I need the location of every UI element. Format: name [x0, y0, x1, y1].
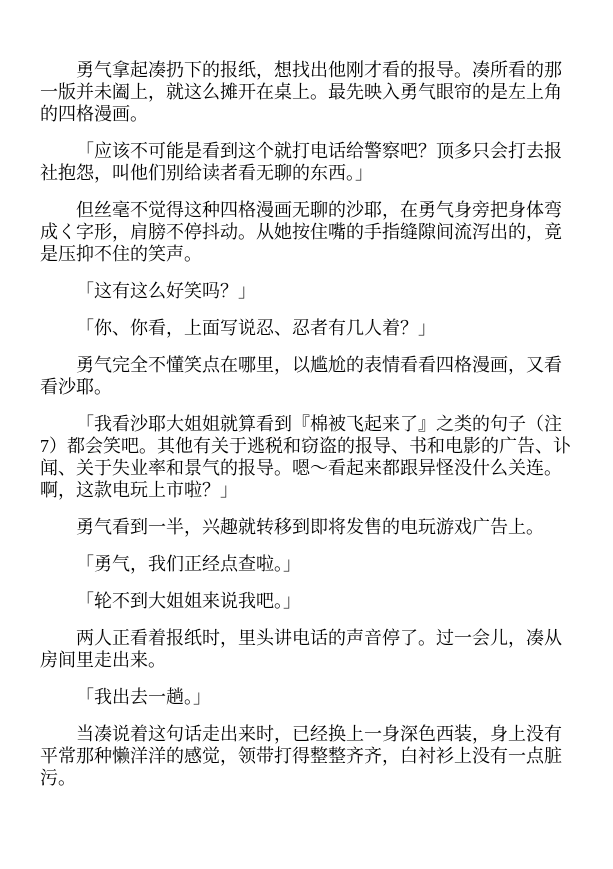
novel-page: 勇气拿起凑扔下的报纸，想找出他刚才看的报导。凑所看的那一版并未阖上，就这么摊开在… — [0, 0, 613, 869]
paragraph-narration-6: 当凑说着这句话走出来时，已经换上一身深色西装，身上没有平常那种懒洋洋的感觉，领带… — [40, 723, 572, 789]
paragraph-narration-4: 勇气看到一半，兴趣就转移到即将发售的电玩游戏广告上。 — [40, 516, 572, 538]
paragraph-dialogue-6: 「轮不到大姐姐来说我吧。」 — [40, 590, 572, 612]
paragraph-narration-1: 勇气拿起凑扔下的报纸，想找出他刚才看的报导。凑所看的那一版并未阖上，就这么摊开在… — [40, 59, 572, 125]
paragraph-dialogue-2: 「这有这么好笑吗？」 — [40, 280, 572, 302]
novel-text-block: 勇气拿起凑扔下的报纸，想找出他刚才看的报导。凑所看的那一版并未阖上，就这么摊开在… — [40, 59, 572, 804]
paragraph-narration-3: 勇气完全不懂笑点在哪里，以尴尬的表情看看四格漫画，又看看沙耶。 — [40, 354, 572, 398]
paragraph-dialogue-5: 「勇气，我们正经点查啦。」 — [40, 553, 572, 575]
paragraph-dialogue-7: 「我出去一趟。」 — [40, 686, 572, 708]
paragraph-narration-2: 但丝毫不觉得这种四格漫画无聊的沙耶，在勇气身旁把身体弯成く字形，肩膀不停抖动。从… — [40, 199, 572, 265]
paragraph-narration-5: 两人正看着报纸时，里头讲电话的声音停了。过一会儿，凑从房间里走出来。 — [40, 627, 572, 671]
paragraph-dialogue-4: 「我看沙耶大姐姐就算看到『棉被飞起来了』之类的句子（注7）都会笑吧。其他有关于逃… — [40, 413, 572, 501]
paragraph-dialogue-3: 「你、你看，上面写说忍、忍者有几人着？」 — [40, 317, 572, 339]
paragraph-dialogue-1: 「应该不可能是看到这个就打电话给警察吧？顶多只会打去报社抱怨，叫他们别给读者看无… — [40, 140, 572, 184]
